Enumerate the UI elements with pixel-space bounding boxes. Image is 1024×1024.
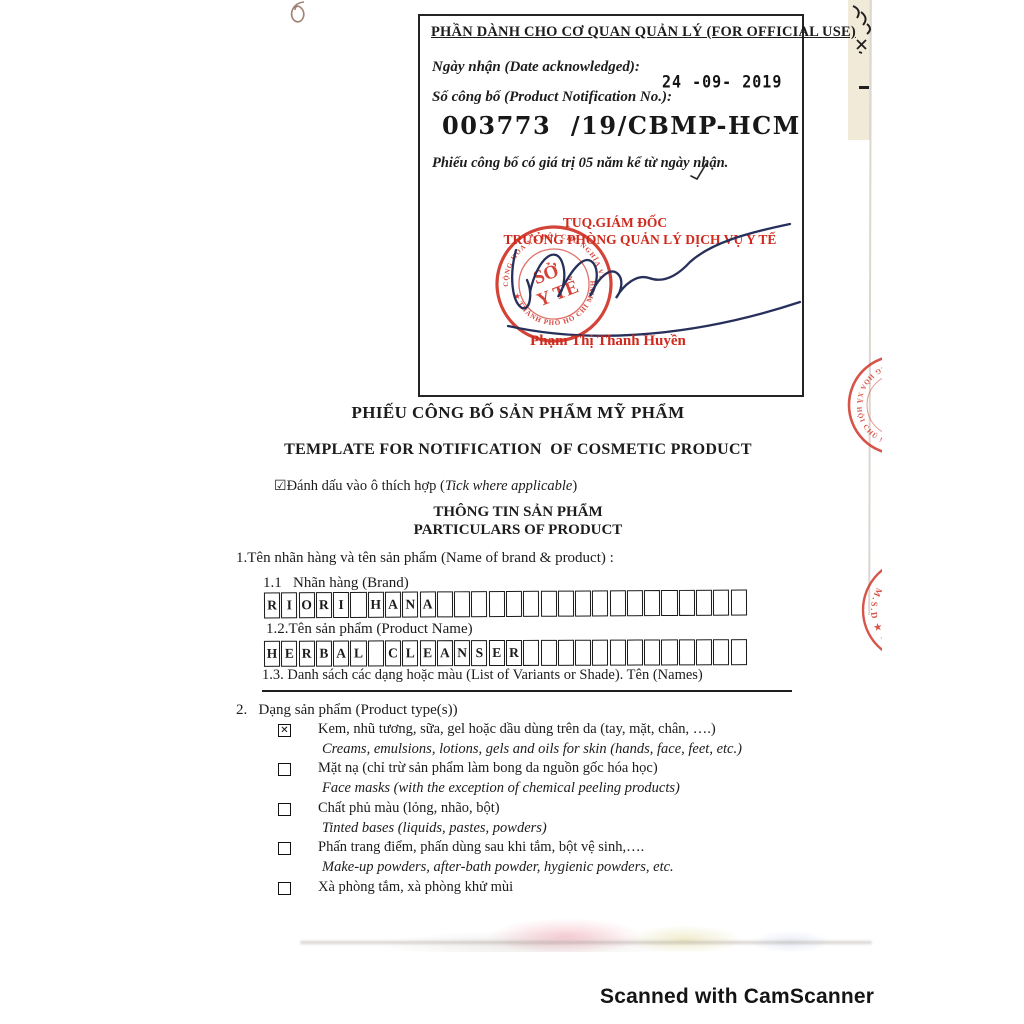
validity-note: Phiếu công bố có giá trị 05 năm kể từ ng… (432, 155, 728, 172)
letter-cell: C (385, 640, 401, 666)
letter-cell (523, 591, 539, 617)
pen-squiggle-mark (282, 0, 318, 30)
letter-cell (592, 590, 608, 616)
checkbox-unchecked (278, 882, 291, 895)
product-type-label-en: Make-up powders, after-bath powder, hygi… (322, 858, 836, 878)
product-type-label-en: Creams, emulsions, lotions, gels and oil… (322, 740, 836, 760)
camscanner-watermark: Scanned with CamScanner (600, 985, 874, 1009)
product-type-label-en: Face masks (with the exception of chemic… (322, 779, 836, 799)
letter-cell (610, 640, 626, 666)
letter-cell: N (402, 592, 418, 618)
notification-number-label: Số công bố (Product Notification No.): (432, 89, 672, 106)
letter-cell: R (299, 641, 315, 667)
letter-cell (471, 591, 487, 617)
checked-box-glyph: ☑ (274, 478, 287, 494)
letter-cell (540, 640, 556, 666)
product-type-section-label: 2. Dạng sản phẩm (Product type(s)) (236, 702, 458, 719)
letter-cell: N (454, 640, 470, 666)
letter-cell (558, 591, 574, 617)
official-use-box: PHẦN DÀNH CHO CƠ QUAN QUẢN LÝ (FOR OFFIC… (418, 14, 804, 397)
letter-cell (644, 639, 660, 665)
product-type-item: Mặt nạ (chỉ trừ sản phẩm làm bong da ngu… (276, 759, 836, 798)
notification-number-value: 003773 /19/CBMP-HCM (442, 111, 801, 140)
letter-cell (592, 640, 608, 666)
tick-instruction: ☑Đánh dấu vào ô thích hợp (Tick where ap… (274, 478, 577, 495)
letter-cell (540, 591, 556, 617)
checkbox-unchecked (278, 763, 291, 776)
checkbox-checked: ✕ (278, 724, 291, 737)
date-acknowledged-label: Ngày nhận (Date acknowledged): (432, 59, 640, 76)
scanned-document: { "official_box": { "heading": "PHẦN DÀN… (0, 0, 1024, 1024)
letter-cell (679, 590, 695, 616)
checkbox-unchecked (278, 842, 291, 855)
letter-cell (713, 639, 729, 665)
letter-cell: A (419, 591, 435, 617)
product-name-label: 1.2.Tên sản phẩm (Product Name) (266, 621, 473, 638)
brand-label: 1.1 Nhãn hàng (Brand) (263, 575, 409, 592)
letter-cell (696, 639, 712, 665)
letter-cell (627, 590, 643, 616)
letter-cell: E (489, 640, 505, 666)
letter-cell: S (471, 640, 487, 666)
letter-cell (644, 590, 660, 616)
letter-cell (489, 591, 505, 617)
letter-cell (661, 590, 677, 616)
letter-cell (696, 590, 712, 616)
letter-cell (575, 590, 591, 616)
letter-cell (627, 640, 643, 666)
letter-cell (558, 640, 574, 666)
letter-cell (731, 590, 747, 616)
section-title-en: PARTICULARS OF PRODUCT (218, 522, 818, 539)
letter-cell (575, 640, 591, 666)
letter-cell: H (368, 592, 384, 618)
letter-cell (731, 639, 747, 665)
section-title-vi: THÔNG TIN SẢN PHẨM (218, 504, 818, 521)
document-title-en: TEMPLATE FOR NOTIFICATION OF COSMETIC PR… (218, 441, 818, 459)
product-type-label-vi: Mặt nạ (chỉ trừ sản phẩm làm bong da ngu… (318, 759, 658, 779)
variants-label: 1.3. Danh sách các dạng hoặc màu (List o… (262, 667, 792, 692)
product-type-item: Phấn trang điểm, phấn dùng sau khi tắm, … (276, 838, 836, 877)
date-stamp: 24 -09- 2019 (662, 72, 782, 92)
checkbox-unchecked (278, 803, 291, 816)
letter-cell: R (316, 592, 332, 618)
letter-cell: I (333, 592, 349, 618)
letter-cell: L (350, 640, 366, 666)
letter-cell: R (506, 640, 522, 666)
letter-cell (454, 591, 470, 617)
letter-cell (350, 592, 366, 618)
product-type-label-vi: Kem, nhũ tương, sữa, gel hoặc dầu dùng t… (318, 720, 716, 740)
letter-cell: E (419, 640, 435, 666)
letter-cell (506, 591, 522, 617)
letter-cell (679, 639, 695, 665)
letter-cell: H (264, 641, 280, 667)
edge-stamp-fragment-bottom: O ★ M.S.D ★ B (840, 556, 882, 662)
letter-cell: E (281, 641, 297, 667)
svg-text:O ★ M.S.D ★ B: O ★ M.S.D ★ B (869, 568, 882, 644)
signer-name: Phạm Thị Thanh Huyền (508, 333, 708, 350)
letter-cell: O (298, 592, 314, 618)
product-name-letter-row: HERBALCLEANSER (264, 639, 748, 667)
letter-cell: L (402, 640, 418, 666)
letter-cell: A (333, 641, 349, 667)
product-type-label-en: Tinted bases (liquids, pastes, powders) (322, 819, 836, 839)
edge-stamp-fragment-top: CỘNG HÒA XÃ HỘI CHỦ NGHĨA VIỆT NAM ★ THÀ… (834, 352, 882, 462)
letter-cell (661, 639, 677, 665)
letter-cell: I (281, 592, 297, 618)
letter-cell: B (316, 641, 332, 667)
pen-checkmark-icon (688, 160, 710, 182)
letter-cell (713, 590, 729, 616)
product-type-label-vi: Phấn trang điểm, phấn dùng sau khi tắm, … (318, 838, 644, 858)
official-use-heading: PHẦN DÀNH CHO CƠ QUAN QUẢN LÝ (FOR OFFIC… (431, 24, 856, 41)
brand-letter-row: RIORIHANA (264, 590, 748, 619)
product-type-label-vi: Xà phòng tắm, xà phòng khử mùi (318, 878, 513, 898)
item1-label: 1.Tên nhãn hàng và tên sản phẩm (Name of… (236, 550, 614, 567)
letter-cell (437, 591, 453, 617)
product-type-item: Xà phòng tắm, xà phòng khử mùi (276, 878, 836, 898)
letter-cell: A (385, 592, 401, 618)
letter-cell: A (437, 640, 453, 666)
letter-cell (523, 640, 539, 666)
page-bottom-edge (300, 941, 872, 944)
document-title-vi: PHIẾU CÔNG BỐ SẢN PHẨM MỸ PHẨM (218, 403, 818, 423)
product-type-item: ✕Kem, nhũ tương, sữa, gel hoặc dầu dùng … (276, 720, 836, 759)
product-type-list: ✕Kem, nhũ tương, sữa, gel hoặc dầu dùng … (276, 720, 836, 897)
product-type-label-vi: Chất phủ màu (lỏng, nhão, bột) (318, 799, 500, 819)
product-type-item: Chất phủ màu (lỏng, nhão, bột)Tinted bas… (276, 799, 836, 838)
letter-cell (368, 640, 384, 666)
letter-cell: R (264, 592, 280, 618)
letter-cell (610, 590, 626, 616)
